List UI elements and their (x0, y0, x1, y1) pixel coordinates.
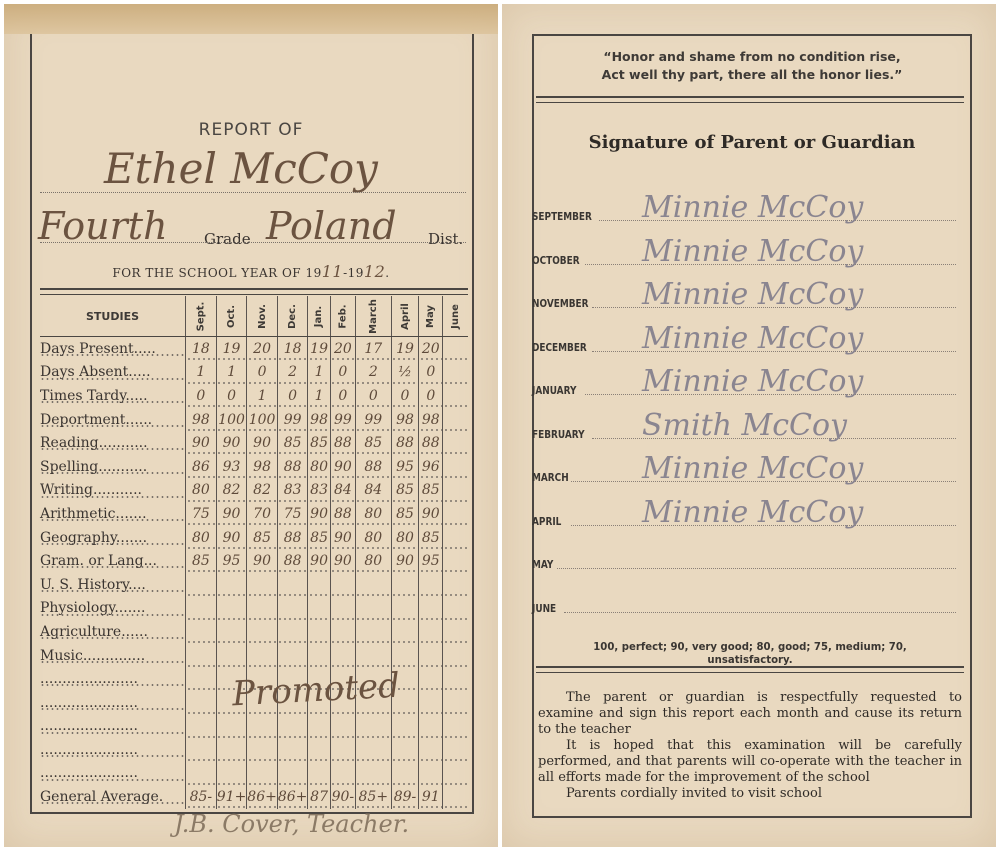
grade-cell: 85+ (355, 785, 391, 809)
grade-cell: 88 (330, 431, 355, 455)
double-rule-top (536, 96, 964, 103)
subject-label: Days Present..... (40, 337, 186, 361)
grade-cell (419, 691, 443, 715)
grade-cell: 0 (391, 384, 419, 408)
grade-cell: 80 (355, 502, 391, 526)
grade-cell: 90 (391, 549, 419, 573)
grade-cell (419, 573, 443, 597)
grading-scale: 100, perfect; 90, very good; 80, good; 7… (549, 640, 950, 666)
grade-cell (247, 762, 278, 786)
parent-signature: Minnie McCoy (642, 495, 863, 530)
signature-row: MARCHMinnie McCoy (532, 445, 962, 488)
grade-cell (443, 479, 468, 503)
subject-label: Writing........... (40, 479, 186, 503)
grade-cell (391, 738, 419, 762)
grade-cell: 82 (216, 479, 247, 503)
grade-cell: ½ (391, 361, 419, 385)
grade-cell: 84 (330, 479, 355, 503)
year-separator: -19 (343, 266, 364, 280)
subject-label: U. S. History.... (40, 573, 186, 597)
grade-row: ...................... (40, 738, 468, 762)
month-label: MAY (532, 559, 553, 571)
subject-label: Spelling........... (40, 455, 186, 479)
grade-cell (443, 691, 468, 715)
grade-cell: 84 (355, 479, 391, 503)
grade-row: Geography.......809085888590808085 (40, 526, 468, 550)
year-start: 11 (322, 262, 343, 281)
grade-cell: 98 (247, 455, 278, 479)
grade-cell (247, 715, 278, 739)
grade-cell (186, 620, 217, 644)
name-line (40, 192, 466, 193)
grade-row: General Average.85-91+86+86+8790-85+89-9… (40, 785, 468, 809)
month-label: March (368, 299, 379, 334)
grade-cell: 90 (216, 431, 247, 455)
month-label: May (425, 305, 436, 328)
grade-cell (443, 502, 468, 526)
grade-row: Music.............. (40, 644, 468, 668)
grade-cell: 75 (186, 502, 217, 526)
grade-cell: 1 (247, 384, 278, 408)
grade-row: Days Absent.....1102102½0 (40, 361, 468, 385)
grade-cell (443, 526, 468, 550)
subject-label: Geography....... (40, 526, 186, 550)
grade-cell: 95 (216, 549, 247, 573)
grade-cell (355, 738, 391, 762)
grade-cell (391, 620, 419, 644)
grade-cell: 88 (355, 455, 391, 479)
grade-cell: 88 (419, 431, 443, 455)
grade-cell: 91+ (216, 785, 247, 809)
grade-cell: 19 (308, 337, 330, 361)
grade-cell (443, 549, 468, 573)
grade-cell: 90 (186, 431, 217, 455)
grade-cell: 90 (216, 502, 247, 526)
grade-cell (443, 337, 468, 361)
signature-row: APRILMinnie McCoy (532, 489, 962, 532)
signature-line (564, 612, 956, 613)
grade-row: Deportment......98100100999899999898 (40, 408, 468, 432)
grade-cell (330, 620, 355, 644)
grade-cell (216, 738, 247, 762)
grade-cell (355, 644, 391, 668)
grade-cell: 80 (355, 526, 391, 550)
grade-cell: 0 (355, 384, 391, 408)
grade-cell: 18 (186, 337, 217, 361)
notice-paragraph: It is hoped that this examination will b… (538, 738, 962, 786)
grade-cell (186, 762, 217, 786)
grade-cell: 98 (308, 408, 330, 432)
month-header: Jan. (308, 296, 330, 337)
grade-cell: 88 (391, 431, 419, 455)
month-label: APRIL (532, 516, 561, 528)
grade-row: Physiology....... (40, 597, 468, 621)
grade-cell: 85 (308, 431, 330, 455)
signature-title: Signature of Parent or Guardian (532, 132, 972, 153)
subject-label: General Average. (40, 785, 186, 809)
grades-table: STUDIES Sept. Oct. Nov. Dec. Jan. Feb. M… (40, 296, 468, 809)
grade-row: Agriculture...... (40, 620, 468, 644)
month-header: Oct. (216, 296, 247, 337)
grade-cell (443, 620, 468, 644)
grade-cell (330, 715, 355, 739)
signature-row: JANUARYMinnie McCoy (532, 358, 962, 401)
subject-label: Reading........... (40, 431, 186, 455)
month-header: Dec. (277, 296, 308, 337)
signature-row: JUNE (532, 576, 962, 619)
grade-cell: 0 (419, 361, 443, 385)
grade-cell (443, 408, 468, 432)
month-label: DECEMBER (532, 342, 587, 354)
month-header: March (355, 296, 391, 337)
grade-cell: 95 (391, 455, 419, 479)
month-header: June (443, 296, 468, 337)
grade-cell: 88 (330, 502, 355, 526)
grade-cell: 0 (186, 384, 217, 408)
parent-notice: The parent or guardian is respectfully r… (538, 690, 962, 802)
grade-row: ...................... (40, 715, 468, 739)
grade-cell (443, 597, 468, 621)
grade-cell: 90 (419, 502, 443, 526)
grade-cell: 100 (216, 408, 247, 432)
subject-label: Music.............. (40, 644, 186, 668)
grade-cell: 99 (330, 408, 355, 432)
grade-cell (355, 573, 391, 597)
grade-cell (443, 762, 468, 786)
grade-cell: 86+ (247, 785, 278, 809)
grade-cell: 90 (247, 431, 278, 455)
parent-signature: Smith McCoy (642, 408, 847, 443)
subject-label: Arithmetic....... (40, 502, 186, 526)
month-label: SEPTEMBER (532, 211, 592, 223)
grade-cell: 1 (308, 361, 330, 385)
grade-cell: 85- (186, 785, 217, 809)
subject-label: Physiology....... (40, 597, 186, 621)
grade-cell: 98 (391, 408, 419, 432)
notice-paragraph: The parent or guardian is respectfully r… (538, 690, 962, 738)
grade-cell (443, 431, 468, 455)
grade-cell: 0 (247, 361, 278, 385)
grade-cell (277, 597, 308, 621)
grade-cell: 93 (216, 455, 247, 479)
grade-cell (419, 597, 443, 621)
year-end: 12 (364, 262, 385, 281)
grade-cell: 80 (186, 479, 217, 503)
studies-header: STUDIES (40, 296, 186, 337)
grade-cell (308, 620, 330, 644)
grade-cell (419, 738, 443, 762)
grade-cell (443, 644, 468, 668)
grade-cell: 90 (216, 526, 247, 550)
month-header: April (391, 296, 419, 337)
grade-cell: 90- (330, 785, 355, 809)
grade-cell: 0 (330, 361, 355, 385)
month-label: Oct. (226, 304, 237, 327)
grade-cell (186, 715, 217, 739)
parent-signature: Minnie McCoy (642, 234, 863, 269)
grade-cell (355, 620, 391, 644)
tape-strip (4, 4, 498, 34)
grade-cell: 19 (216, 337, 247, 361)
grade-cell (216, 762, 247, 786)
grade-row: Writing...........808282838384848585 (40, 479, 468, 503)
grade-cell (443, 384, 468, 408)
grade-cell: 88 (277, 549, 308, 573)
grade-cell (277, 573, 308, 597)
signature-row: SEPTEMBERMinnie McCoy (532, 184, 962, 227)
grade-cell (308, 573, 330, 597)
grade-cell: 90 (330, 549, 355, 573)
grade-cell (216, 644, 247, 668)
grade-cell: 18 (277, 337, 308, 361)
grade-cell: 98 (419, 408, 443, 432)
grade-cell (419, 620, 443, 644)
grade-cell (277, 715, 308, 739)
month-label: Dec. (287, 304, 298, 329)
grade-cell: 85 (186, 549, 217, 573)
grade-cell: 95 (419, 549, 443, 573)
grade-row: U. S. History.... (40, 573, 468, 597)
grade-row: Gram. or Lang...859590889090809095 (40, 549, 468, 573)
grade-row: Spelling...........869398888090889596 (40, 455, 468, 479)
month-header: Feb. (330, 296, 355, 337)
grade-cell: 85 (308, 526, 330, 550)
grade-cell (216, 597, 247, 621)
grade-cell: 90 (308, 502, 330, 526)
grade-cell (391, 573, 419, 597)
month-label: JUNE (532, 603, 556, 615)
report-card-front: REPORT OF Ethel McCoy Fourth Grade Polan… (4, 4, 498, 847)
grade-cell: 0 (277, 384, 308, 408)
student-name: Ethel McCoy (104, 144, 378, 193)
grade-cell: 1 (186, 361, 217, 385)
grade-cell (186, 667, 217, 691)
month-header: May (419, 296, 443, 337)
parent-signature: Minnie McCoy (642, 364, 863, 399)
grade-cell: 75 (277, 502, 308, 526)
grade-cell: 20 (330, 337, 355, 361)
grade-cell (355, 715, 391, 739)
grade-cell (186, 573, 217, 597)
grade-cell: 80 (391, 526, 419, 550)
grade-cell: 90 (308, 549, 330, 573)
month-label: Jan. (314, 305, 325, 326)
grade-cell: 2 (277, 361, 308, 385)
grade-cell (186, 738, 217, 762)
notice-paragraph: Parents cordially invited to visit schoo… (538, 786, 962, 802)
quote-line-2: Act well thy part, there all the honor l… (532, 66, 972, 84)
double-rule-bottom (536, 666, 964, 673)
subject-label: Times Tardy..... (40, 384, 186, 408)
grades-body: Days Present.....181920181920171920Days … (40, 337, 468, 809)
school-year: FOR THE SCHOOL YEAR OF 1911-1912. (4, 262, 498, 281)
grade-cell (216, 573, 247, 597)
grade-cell: 80 (308, 455, 330, 479)
grade-cell: 20 (247, 337, 278, 361)
subject-label: Days Absent..... (40, 361, 186, 385)
grade-cell (330, 644, 355, 668)
grade-cell: 83 (277, 479, 308, 503)
parent-signature: Minnie McCoy (642, 451, 863, 486)
grade-cell (391, 597, 419, 621)
grade-cell: 85 (391, 502, 419, 526)
month-label: April (399, 303, 410, 330)
grade-cell (247, 644, 278, 668)
motto-quote: “Honor and shame from no condition rise,… (532, 48, 972, 84)
grade-cell: 80 (186, 526, 217, 550)
grade-cell (443, 667, 468, 691)
subject-label: Agriculture...... (40, 620, 186, 644)
grade-cell: 91 (419, 785, 443, 809)
subject-label: ...................... (40, 738, 186, 762)
grade-cell (186, 644, 217, 668)
grade-cell: 86 (186, 455, 217, 479)
grade-cell: 88 (277, 526, 308, 550)
grade-cell: 1 (308, 384, 330, 408)
grade-cell (355, 597, 391, 621)
grade-cell (216, 715, 247, 739)
report-card-back: “Honor and shame from no condition rise,… (502, 4, 996, 847)
grade-cell: 70 (247, 502, 278, 526)
subject-label: Deportment...... (40, 408, 186, 432)
month-label: JANUARY (532, 385, 576, 397)
grade-cell (247, 597, 278, 621)
grade-cell: 17 (355, 337, 391, 361)
grade-cell (186, 691, 217, 715)
signature-row: OCTOBERMinnie McCoy (532, 228, 962, 271)
grade-cell (419, 762, 443, 786)
grade-cell: 88 (277, 455, 308, 479)
grade-cell: 19 (391, 337, 419, 361)
month-label: FEBRUARY (532, 429, 585, 441)
grade-cell (216, 620, 247, 644)
grade-cell (419, 644, 443, 668)
teacher-signature: J.B. Cover, Teacher. (174, 810, 409, 838)
grades-header-row: STUDIES Sept. Oct. Nov. Dec. Jan. Feb. M… (40, 296, 468, 337)
month-header: Nov. (247, 296, 278, 337)
grade-cell (308, 738, 330, 762)
subject-label: Gram. or Lang... (40, 549, 186, 573)
grade-cell (419, 667, 443, 691)
grade-cell (247, 620, 278, 644)
grade-cell: 82 (247, 479, 278, 503)
district-label: Dist. (428, 230, 463, 248)
signature-row: FEBRUARYSmith McCoy (532, 402, 962, 445)
grade-cell (277, 762, 308, 786)
subject-label: ...................... (40, 715, 186, 739)
grade-label: Grade (204, 230, 251, 248)
parent-signature: Minnie McCoy (642, 321, 863, 356)
grade-cell: 85 (277, 431, 308, 455)
grade-cell (419, 715, 443, 739)
grade-cell (330, 738, 355, 762)
grade-row: Times Tardy.....001010000 (40, 384, 468, 408)
month-label: NOVEMBER (532, 298, 588, 310)
subject-label: ...................... (40, 667, 186, 691)
month-label: Sept. (195, 301, 206, 331)
signature-line (557, 568, 956, 569)
grade-cell: 98 (186, 408, 217, 432)
grade-cell: 2 (355, 361, 391, 385)
signature-row: NOVEMBERMinnie McCoy (532, 271, 962, 314)
grade-cell: 85 (355, 431, 391, 455)
grade-cell (443, 738, 468, 762)
month-header: Sept. (186, 296, 217, 337)
month-label: Nov. (257, 304, 268, 329)
grade-cell: 99 (355, 408, 391, 432)
month-label: June (450, 304, 461, 329)
grade-cell (308, 644, 330, 668)
grade-line (40, 242, 466, 243)
parent-signature: Minnie McCoy (642, 190, 863, 225)
quote-line-1: “Honor and shame from no condition rise, (532, 48, 972, 66)
grade-cell: 85 (247, 526, 278, 550)
report-title: REPORT OF (4, 120, 498, 140)
grade-cell: 85 (419, 479, 443, 503)
grade-cell: 96 (419, 455, 443, 479)
grade-cell: 90 (330, 526, 355, 550)
grade-cell: 85 (391, 479, 419, 503)
grade-cell: 20 (419, 337, 443, 361)
grade-cell: 100 (247, 408, 278, 432)
grade-cell (443, 785, 468, 809)
grade-cell (355, 762, 391, 786)
month-label: OCTOBER (532, 255, 580, 267)
grade-cell (330, 597, 355, 621)
subject-label: ...................... (40, 691, 186, 715)
month-label: Feb. (337, 304, 348, 328)
grade-row: ...................... (40, 762, 468, 786)
grade-cell (308, 715, 330, 739)
grade-cell (247, 573, 278, 597)
grade-cell (330, 762, 355, 786)
grade-cell: 89- (391, 785, 419, 809)
grade-cell (308, 597, 330, 621)
month-label: MARCH (532, 472, 569, 484)
grade-cell (443, 361, 468, 385)
parent-signature: Minnie McCoy (642, 277, 863, 312)
grade-cell: 83 (308, 479, 330, 503)
grade-cell (391, 644, 419, 668)
grade-cell (443, 455, 468, 479)
signature-row: MAY (532, 532, 962, 575)
grade-cell (443, 715, 468, 739)
grade-cell: 99 (277, 408, 308, 432)
school-year-label: FOR THE SCHOOL YEAR OF 19 (112, 266, 321, 280)
grade-cell (277, 620, 308, 644)
grade-cell (330, 573, 355, 597)
year-punct: . (385, 266, 389, 280)
grade-row: Days Present.....181920181920171920 (40, 337, 468, 361)
grade-row: Reading...........909090858588858888 (40, 431, 468, 455)
grade-cell (277, 644, 308, 668)
grade-cell (247, 738, 278, 762)
grade-cell (391, 715, 419, 739)
grade-cell: 0 (330, 384, 355, 408)
grade-cell (277, 738, 308, 762)
grade-cell: 1 (216, 361, 247, 385)
grade-row: Arithmetic.......759070759088808590 (40, 502, 468, 526)
grade-cell: 90 (330, 455, 355, 479)
grade-cell: 85 (419, 526, 443, 550)
grade-cell: 0 (419, 384, 443, 408)
grade-cell (308, 762, 330, 786)
double-rule (40, 288, 468, 295)
grade-cell: 80 (355, 549, 391, 573)
grade-cell: 87 (308, 785, 330, 809)
grade-cell (443, 573, 468, 597)
grade-cell (391, 762, 419, 786)
